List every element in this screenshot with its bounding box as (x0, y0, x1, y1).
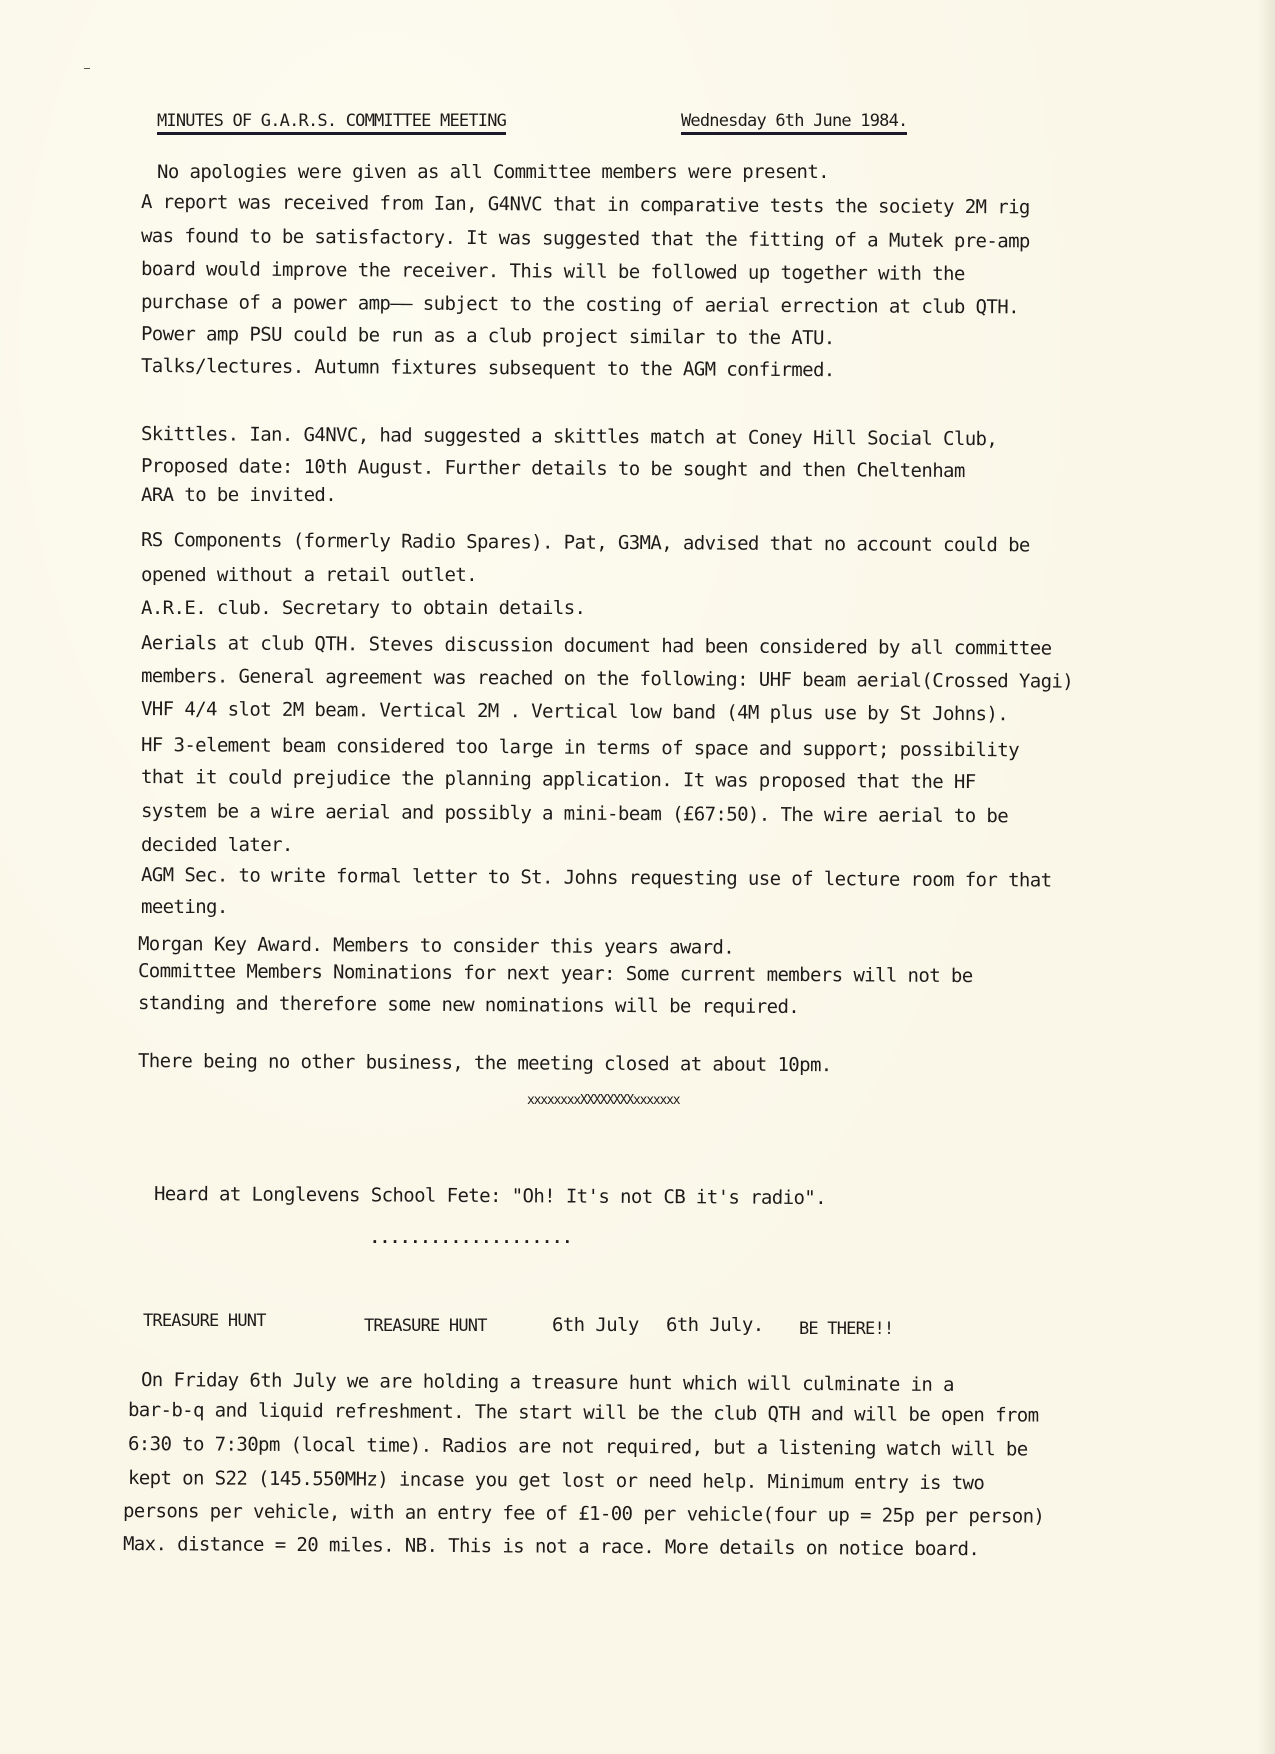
heard-at-fete: Heard at Longlevens School Fete: "Oh! It… (154, 1182, 826, 1210)
treasure-hunt-line: kept on S22 (145.550MHz) incase you get … (128, 1466, 984, 1495)
minutes-line: Morgan Key Award. Members to consider th… (138, 932, 734, 960)
minutes-line: meeting. (141, 895, 228, 919)
meeting-date: Wednesday 6th June 1984. (681, 111, 907, 135)
separator-dots: .................... (370, 1226, 573, 1250)
minutes-line: standing and therefore some new nominati… (138, 991, 799, 1019)
treasure-hunt-line: 6:30 to 7:30pm (local time). Radios are … (128, 1432, 1028, 1461)
minutes-line: Committee Members Nominations for next y… (138, 959, 973, 988)
minutes-line: purchase of a power amp—— subject to the… (141, 290, 1019, 319)
treasure-hunt-line: bar-b-q and liquid refreshment. The star… (128, 1398, 1039, 1428)
treasure-hunt-heading-2-row: TREASURE HUNT (364, 1314, 487, 1338)
closing-statement: There being no other business, the meeti… (138, 1049, 832, 1077)
minutes-line: Power amp PSU could be run as a club pro… (141, 322, 835, 350)
minutes-line: Talks/lectures. Autumn fixtures subseque… (141, 354, 835, 382)
minutes-line: opened without a retail outlet. (141, 563, 477, 587)
treasure-hunt-heading-2: TREASURE HUNT (364, 1316, 487, 1336)
minutes-line: system be a wire aerial and possibly a m… (141, 799, 1008, 828)
punch-mark (84, 68, 90, 69)
minutes-line: was found to be satisfactory. It was sug… (141, 224, 1030, 253)
separator-x: xxxxxxxxXXXXXXXXxxxxxxx (527, 1089, 679, 1113)
minutes-line: AGM Sec. to write formal letter to St. J… (141, 863, 1052, 893)
treasure-hunt-line: On Friday 6th July we are holding a trea… (141, 1368, 954, 1397)
minutes-line: A.R.E. club. Secretary to obtain details… (141, 596, 585, 620)
minutes-line: decided later. (141, 833, 293, 857)
document-page: MINUTES OF G.A.R.S. COMMITTEE MEETING We… (0, 0, 1275, 1754)
minutes-line: that it could prejudice the planning app… (141, 765, 976, 794)
minutes-line: Aerials at club QTH. Steves discussion d… (141, 631, 1052, 661)
minutes-line: ARA to be invited. (141, 483, 336, 507)
minutes-line: members. General agreement was reached o… (141, 664, 1073, 694)
minutes-line: HF 3-element beam considered too large i… (141, 733, 1019, 762)
paper-edge-shadow (1257, 0, 1275, 1754)
treasure-hunt-line: Max. distance = 20 miles. NB. This is no… (123, 1532, 979, 1561)
treasure-hunt-line: persons per vehicle, with an entry fee o… (123, 1499, 1044, 1529)
minutes-line: Proposed date: 10th August. Further deta… (141, 454, 965, 483)
treasure-hunt-heading-1: TREASURE HUNT (143, 1311, 266, 1331)
treasure-hunt-date-2: 6th July. (666, 1313, 764, 1337)
treasure-hunt-heading: TREASURE HUNT (143, 1309, 266, 1333)
minutes-line: VHF 4/4 slot 2M beam. Vertical 2M . Vert… (141, 697, 1008, 726)
document-title: MINUTES OF G.A.R.S. COMMITTEE MEETING (157, 111, 506, 135)
minutes-line: A report was received from Ian, G4NVC th… (141, 190, 1030, 219)
minutes-line: Skittles. Ian. G4NVC, had suggested a sk… (141, 422, 997, 451)
minutes-line: RS Components (formerly Radio Spares). P… (141, 528, 1030, 557)
minutes-line: board would improve the receiver. This w… (141, 257, 965, 286)
minutes-line: No apologies were given as all Committee… (157, 160, 829, 184)
be-there: BE THERE!! (799, 1317, 893, 1341)
treasure-hunt-date-1: 6th July (552, 1313, 639, 1337)
